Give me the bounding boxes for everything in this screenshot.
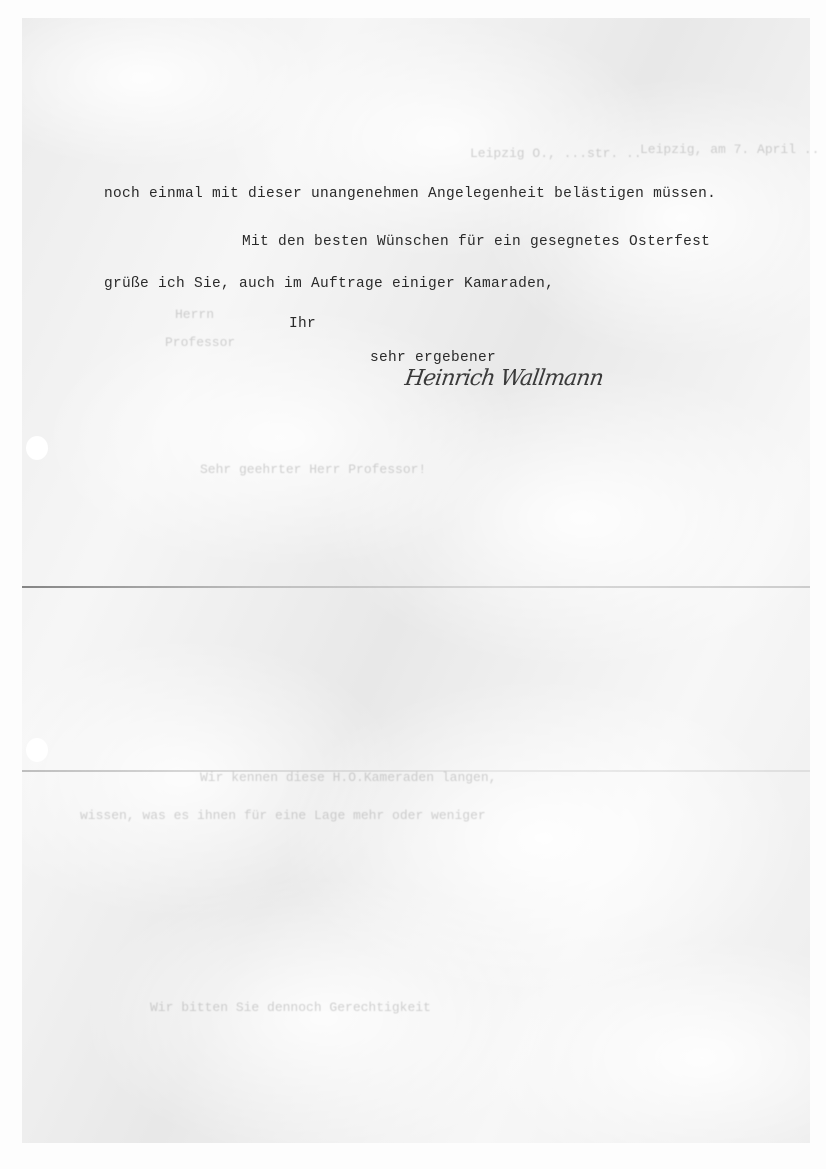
show-through-fragment: Wir kennen diese H.O.Kameraden langen, (200, 770, 496, 785)
closing: Ihr (289, 316, 316, 332)
valediction: sehr ergebener (370, 350, 496, 366)
show-through-fragment: Herrn (175, 307, 214, 322)
letter-line: noch einmal mit dieser unangenehmen Ange… (104, 186, 716, 202)
punch-hole (26, 436, 48, 460)
show-through-header-left: Leipzig O., ...str. .. (470, 146, 642, 161)
show-through-fragment: Professor (165, 335, 235, 350)
show-through-fragment: Wir bitten Sie dennoch Gerechtigkeit (150, 1000, 431, 1015)
handwritten-signature: Heinrich Wallmann (403, 366, 604, 391)
letter-line: grüße ich Sie, auch im Auftrage einiger … (104, 276, 554, 292)
punch-hole (26, 738, 48, 762)
show-through-header-right: Leipzig, am 7. April .. (640, 142, 819, 157)
show-through-fragment: Sehr geehrter Herr Professor! (200, 462, 426, 477)
show-through-fragment: wissen, was es ihnen für eine Lage mehr … (80, 808, 486, 823)
letter-line: Mit den besten Wünschen für ein gesegnet… (242, 234, 710, 250)
fold-line (22, 586, 810, 588)
